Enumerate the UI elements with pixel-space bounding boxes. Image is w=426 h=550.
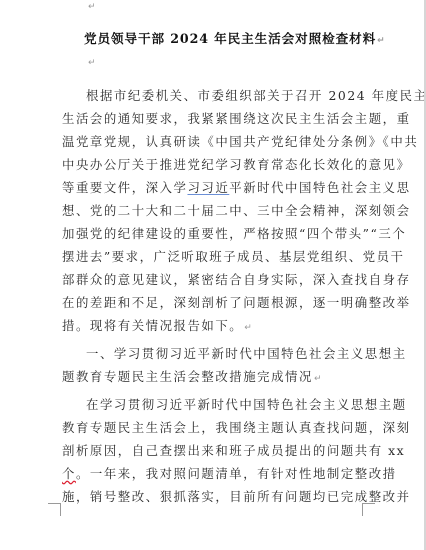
body-line[interactable]: 教育专题民主生活会上，我围绕主题认真查找问题，深刻 [62,418,362,438]
body-line[interactable]: 等重要文件，深入学习习近平新时代中国特色社会主义思 [62,178,362,198]
paragraph-mark: ↵ [88,2,96,12]
body-line[interactable]: 中央办公厅关于推进党纪学习教育常态化长效化的意见》 [62,155,362,175]
document-title[interactable]: 党员领导干部 2024 年民主生活会对照检查材料↵ [84,29,384,49]
paragraph-mark: ↵ [88,58,96,68]
section-heading-line[interactable]: 题教育专题民主生活会整改措施完成情况↵ [62,367,362,387]
body-line[interactable]: 剖析原因，自己查摆出来和班子成员提出的问题共有 xx [62,441,362,461]
document-page: ↵ 党员领导干部 2024 年民主生活会对照检查材料↵ ↵ 根据市纪委机关、市委… [0,0,424,550]
line-text: 。一年来，我对照问题清单，有针对性地制定整改措 [76,466,397,481]
body-line[interactable]: 措。现将有关情况报告如下。↵ [62,316,362,336]
body-line[interactable]: 温党章党规，认真研读《中国共产党纪律处分条例》《中共 [62,132,362,152]
body-line[interactable]: 加强党的纪律建设的重要性，严格按照“四个带头”“三个 [62,224,362,244]
line-text: 等重要文件，深入学 [62,180,187,195]
body-line[interactable]: 想、党的二十大和二十届二中、三中全会精神，深刻领会 [62,201,362,221]
margin-corner-mark-left [48,503,61,516]
spellcheck-flagged-text[interactable]: 个 [62,466,76,481]
paragraph-mark: ↵ [244,323,252,333]
body-line[interactable]: 在的差距和不足，深刻剖析了问题根源，逐一明确整改举 [62,293,362,313]
line-text: 措。现将有关情况报告如下。 [62,318,243,333]
section-heading-line[interactable]: 一、学习贯彻习近平新时代中国特色社会主义思想主 [86,344,386,364]
body-line[interactable]: 生活会的通知要求，我紧紧围绕这次民主生活会主题，重 [62,109,362,129]
margin-corner-mark-right [362,503,375,516]
line-text: 平新时代中国特色社会主义思 [229,180,410,195]
body-line[interactable]: 摆进去”要求，广泛听取班子成员、基层党组织、党员干 [62,247,362,267]
line-text: 题教育专题民主生活会整改措施完成情况 [62,369,313,384]
body-line[interactable]: 在学习贯彻习近平新时代中国特色社会主义思想主题 [86,395,386,415]
title-text: 党员领导干部 2024 年民主生活会对照检查材料 [84,31,376,46]
body-line[interactable]: 部群众的意见建议，紧密结合自身实际，深入查找自身存 [62,270,362,290]
body-line[interactable]: 根据市纪委机关、市委组织部关于召开 2024 年度民主 [86,86,386,106]
paragraph-mark: ↵ [377,36,385,46]
body-line[interactable]: 施，销号整改、狠抓落实，目前所有问题均已完成整改并 [62,487,362,507]
paragraph-mark: ↵ [314,374,322,384]
body-line[interactable]: 个。一年来，我对照问题清单，有针对性地制定整改措 [62,464,362,484]
underlined-text[interactable]: 习习近 [187,180,229,195]
